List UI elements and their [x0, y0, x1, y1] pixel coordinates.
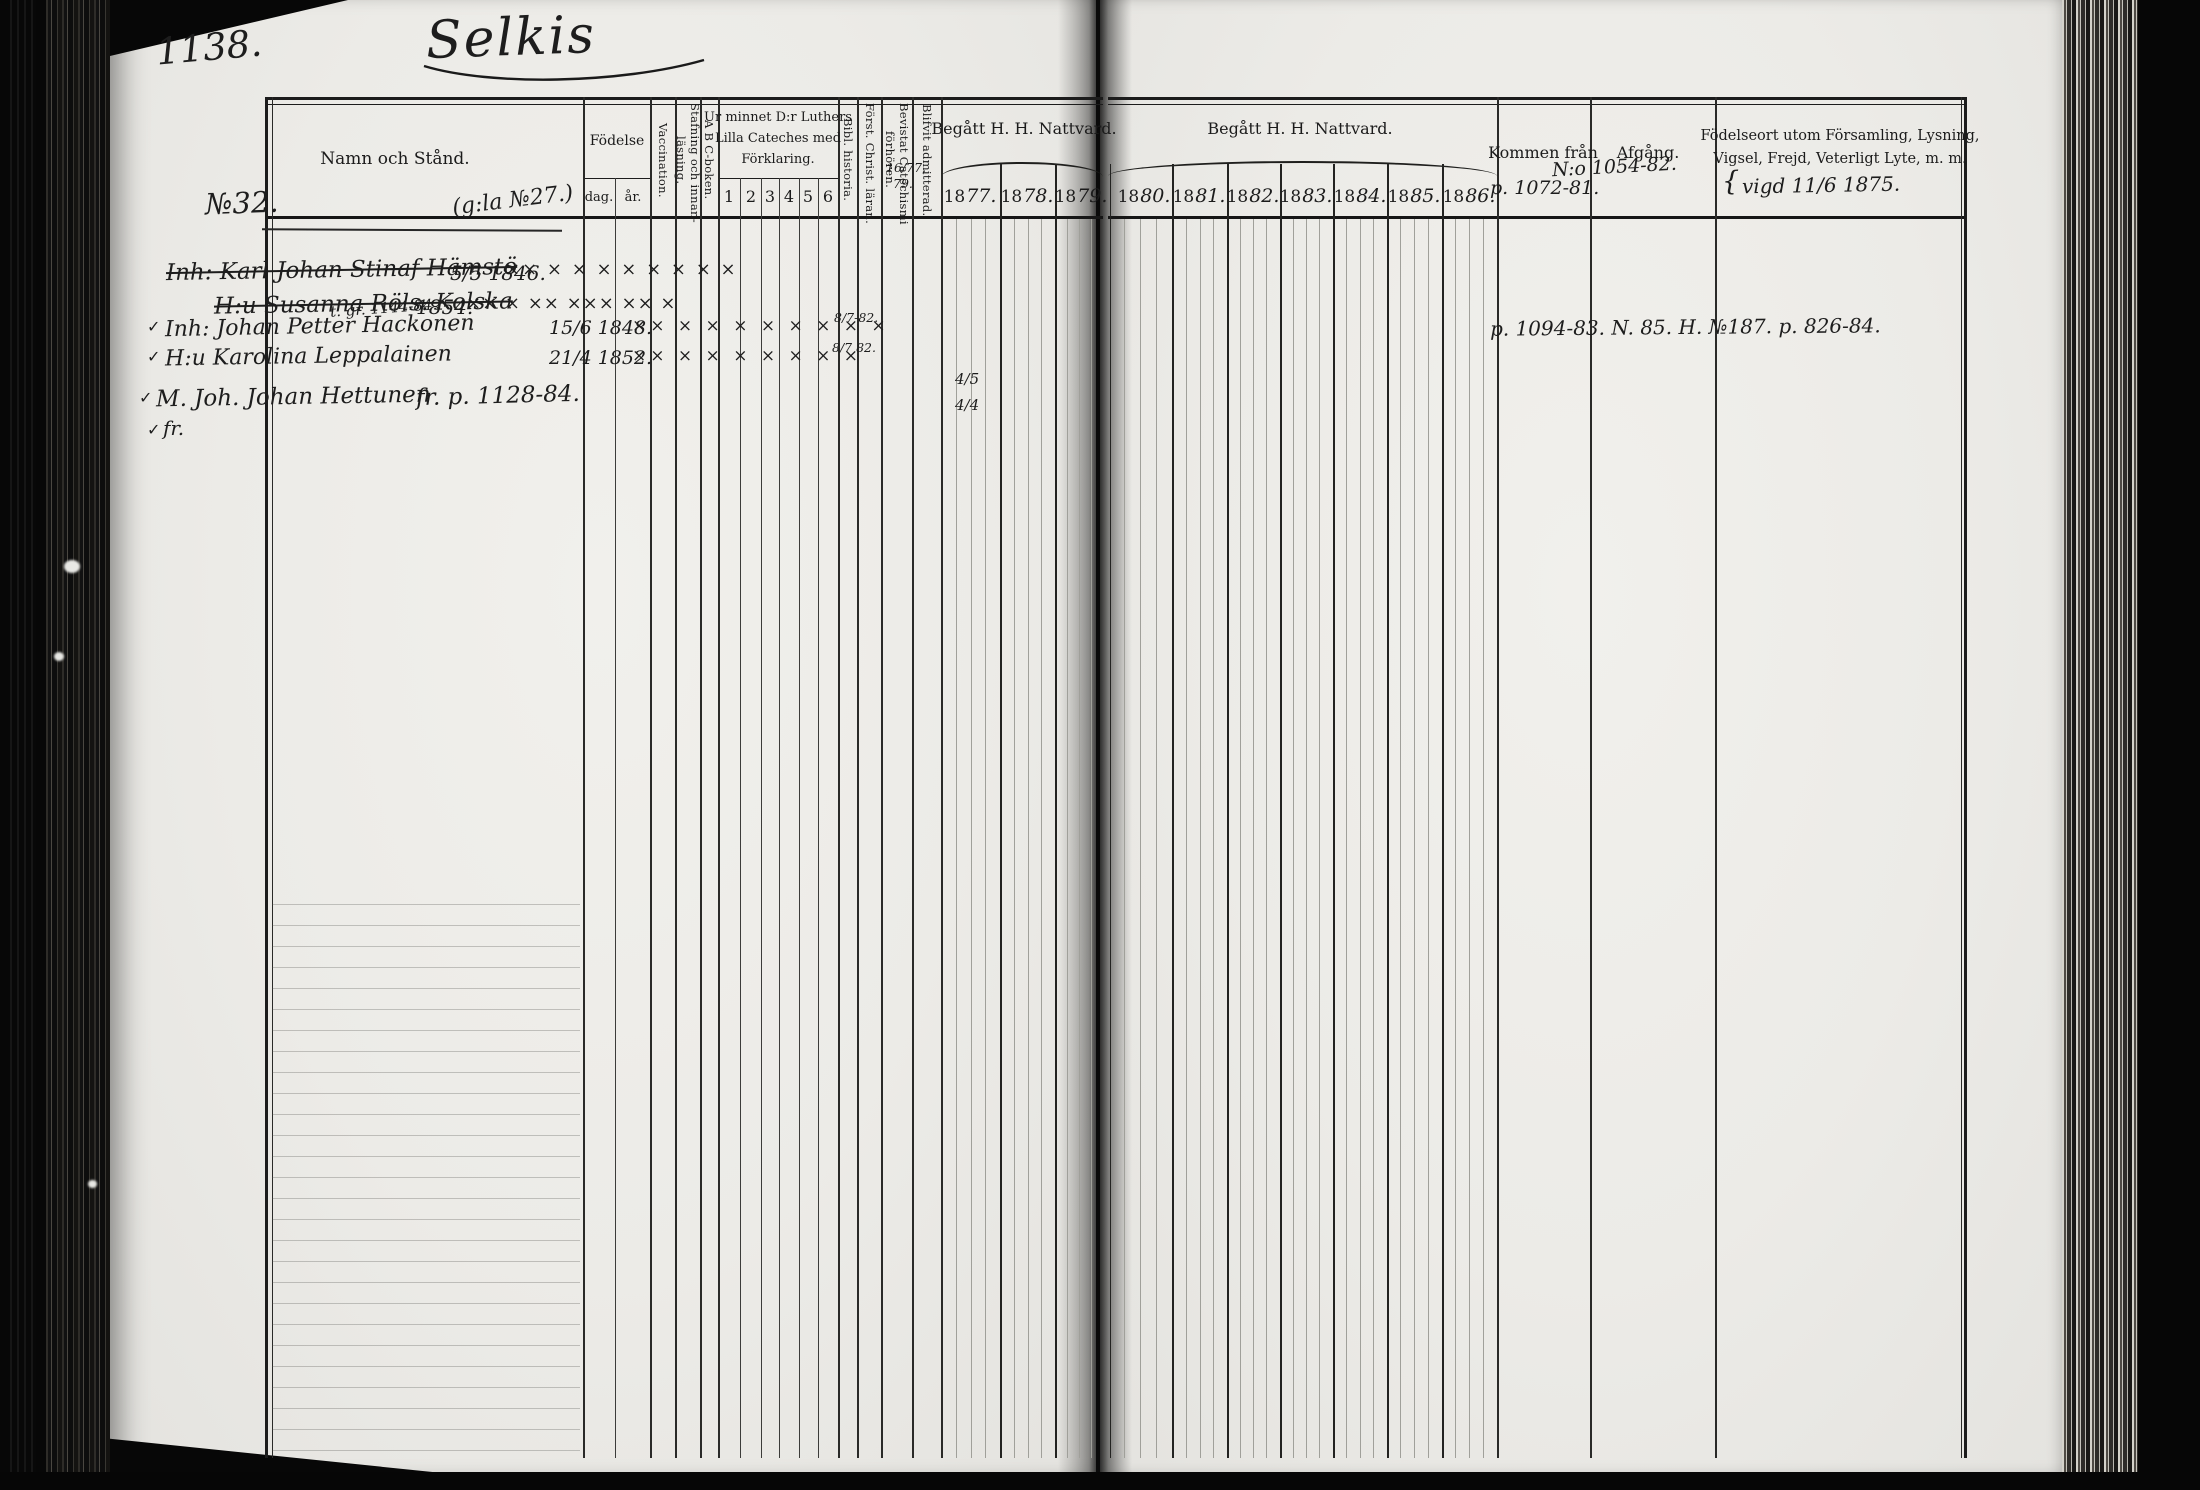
- year-label-1883: 1883.: [1280, 185, 1333, 207]
- year-label-1882: 1882.: [1227, 185, 1280, 207]
- year-subline: [1253, 219, 1254, 1458]
- year-printed: 18: [1173, 187, 1195, 207]
- notes-header-line-1: Födelseort utom Församling, Lysning,: [1701, 128, 1980, 144]
- grade-divider: [740, 178, 741, 1458]
- year-subline: [1240, 219, 1241, 1458]
- entry-reading-marks: ×× × × × × × × ×: [632, 346, 862, 366]
- year-subline: [1091, 219, 1092, 1458]
- year-subline: [1266, 219, 1267, 1458]
- column-divider: [881, 97, 883, 1458]
- birth-subheader-line: [583, 178, 650, 179]
- year-column-divider: [1055, 164, 1057, 1458]
- catechism-header-line-2: Lilla Cateches med: [715, 131, 841, 146]
- notes-header-line-2: Vigsel, Frejd, Veterligt Lyte, m. m.: [1713, 151, 1966, 167]
- column-divider: [857, 97, 859, 1458]
- entry-checkmark: ✓: [147, 317, 160, 336]
- column-divider: [941, 97, 943, 1458]
- year-printed: 18: [944, 187, 966, 207]
- film-speck: [88, 1180, 97, 1188]
- entry-checkmark: ✓: [139, 388, 152, 407]
- grade-4: 4: [784, 187, 794, 206]
- film-edge-right: [2138, 0, 2200, 1490]
- grade-1: 1: [724, 187, 734, 206]
- record-number-handwritten: №32.: [204, 185, 279, 222]
- spelling-line-1: Stafning och innan-: [688, 103, 702, 217]
- left-page: [110, 0, 1096, 1474]
- day-year-divider: [615, 178, 616, 1458]
- column-header-bible-history: Bibl. historia.: [841, 103, 855, 217]
- catechism-header-line-3: Förklaring.: [741, 152, 814, 167]
- column-header-spelling: Stafning och innan- läsning.: [674, 103, 702, 217]
- entry-meeting-note: 8/7-82.: [834, 310, 878, 325]
- column-divider: [718, 97, 720, 1458]
- year-script: 82.: [1249, 185, 1279, 207]
- page-number-handwritten: 1138.: [154, 21, 263, 73]
- film-speck: [54, 652, 64, 661]
- year-subline: [1041, 219, 1042, 1458]
- year-subline: [1293, 219, 1294, 1458]
- grade-6: 6: [823, 187, 833, 206]
- year-printed: 18: [1118, 187, 1140, 207]
- entry-checkmark: ✓: [147, 420, 160, 439]
- year-subline: [1124, 219, 1125, 1458]
- year-subline: [1428, 219, 1429, 1458]
- year-column-divider: [1387, 164, 1389, 1458]
- film-scratches: [10, 0, 36, 1490]
- column-header-name: Namn och Stånd.: [320, 149, 469, 169]
- subheader-year: år.: [625, 190, 642, 205]
- year-subline: [1360, 219, 1361, 1458]
- communion-tally: 4/4: [955, 396, 979, 414]
- grade-5: 5: [803, 187, 813, 206]
- film-edge-bottom: [0, 1472, 2200, 1490]
- entry-reference-note: p. 1094-83. N. 85. H. №187. p. 826-84.: [1490, 313, 1881, 340]
- year-script: 79.: [1077, 185, 1107, 207]
- year-subline: [1483, 219, 1484, 1458]
- header-bottom-border: [1108, 216, 1966, 219]
- year-script: 77.: [966, 185, 996, 207]
- table-right-border: [1964, 97, 1967, 1458]
- column-header-communion-right: Begått H. H. Nattvard.: [1207, 119, 1392, 138]
- table-top-border-inner: [1108, 104, 1966, 105]
- year-subline: [1319, 219, 1320, 1458]
- year-subline: [1414, 219, 1415, 1458]
- year-label-1881: 1881.: [1173, 185, 1226, 207]
- entry-meeting-note: 8/7 82.: [832, 340, 876, 355]
- entry-marriage-note: vigd 11/6 1875.: [1742, 172, 1901, 199]
- book-gutter-shadow: [1058, 0, 1132, 1474]
- year-subline: [1400, 219, 1401, 1458]
- year-printed: 18: [1001, 187, 1023, 207]
- year-column-divider: [1172, 164, 1174, 1458]
- grade-3: 3: [765, 187, 775, 206]
- year-column-divider: [1280, 164, 1282, 1458]
- column-header-christ-doctrine: Först. Christ. läran.: [863, 103, 877, 217]
- entry-come-from-note: p. 1072-81.: [1490, 177, 1599, 199]
- year-subline: [1067, 219, 1068, 1458]
- year-subline: [1213, 219, 1214, 1458]
- year-subline: [1373, 219, 1374, 1458]
- year-subline: [985, 219, 986, 1458]
- right-page: [1100, 0, 2062, 1474]
- column-divider: [838, 97, 840, 1458]
- year-printed: 18: [1227, 187, 1249, 207]
- year-subline: [1028, 219, 1029, 1458]
- column-divider: [1590, 97, 1592, 1458]
- year-subline: [1140, 219, 1141, 1458]
- year-subline: [1079, 219, 1080, 1458]
- year-column-divider: [1442, 164, 1444, 1458]
- column-header-birth: Födelse: [590, 133, 645, 149]
- column-divider: [1497, 97, 1499, 1458]
- year-label-1886: 1886.: [1443, 185, 1496, 207]
- subheader-day: dag.: [585, 190, 614, 205]
- year-subline: [1014, 219, 1015, 1458]
- column-header-communion-left: Begått H. H. Nattvard.: [931, 119, 1116, 138]
- year-subline: [1156, 219, 1157, 1458]
- entry-name: H:u Karolina Leppalainen: [165, 341, 452, 371]
- year-printed: 18: [1443, 187, 1465, 207]
- title-underline-flourish: [420, 56, 710, 86]
- grade-divider: [761, 178, 762, 1458]
- year-script: 85.: [1410, 185, 1440, 207]
- grade-divider: [779, 178, 780, 1458]
- year-label-1877: 1877.: [944, 185, 997, 207]
- entry-name: M. Joh. Johan Hettunen: [156, 382, 431, 413]
- year-printed: 18: [1055, 187, 1077, 207]
- year-script: 84.: [1356, 185, 1386, 207]
- year-label-1879: 1879.: [1055, 185, 1108, 207]
- year-column-divider: [1227, 164, 1229, 1458]
- year-label-1884: 1884.: [1334, 185, 1387, 207]
- page-stack-edge: [2062, 0, 2138, 1490]
- year-script: 83.: [1302, 185, 1332, 207]
- entry-reading-marks: ×× × × × × × × × ×: [505, 259, 738, 280]
- entry-reading-marks: ×× × ×× ××× ×× ×: [466, 293, 677, 314]
- year-script: 78.: [1023, 185, 1053, 207]
- catechism-subheader-line: [718, 178, 838, 179]
- year-subline: [1346, 219, 1347, 1458]
- entry-meeting-note: 79.: [893, 176, 913, 191]
- film-speck: [64, 560, 80, 573]
- year-printed: 18: [1280, 187, 1302, 207]
- column-divider: [1715, 97, 1717, 1458]
- name-column-ruling: [272, 884, 580, 1458]
- communion-tally: 4/5: [955, 370, 979, 388]
- year-subline: [1469, 219, 1470, 1458]
- year-script: 80.: [1140, 185, 1170, 207]
- year-subline: [1186, 219, 1187, 1458]
- entry-note-brace: {: [1722, 166, 1739, 197]
- year-label-1880: 1880.: [1118, 185, 1171, 207]
- year-column-divider: [1000, 164, 1002, 1458]
- column-divider: [912, 97, 914, 1458]
- year-printed: 18: [1388, 187, 1410, 207]
- year-label-1885: 1885.: [1388, 185, 1441, 207]
- year-subline: [1200, 219, 1201, 1458]
- catechism-header-line-1: Ur minnet D:r Luthers: [704, 110, 852, 125]
- table-right-border-inner: [1961, 97, 1962, 1458]
- year-subline: [1455, 219, 1456, 1458]
- grade-2: 2: [746, 187, 756, 206]
- entry-meeting-note: 16/77,: [886, 160, 926, 175]
- entry-checkmark: ✓: [147, 347, 160, 366]
- table-top-border: [265, 97, 1103, 100]
- year-label-1878: 1878.: [1001, 185, 1054, 207]
- year-column-divider: [1110, 164, 1111, 1458]
- book-spine-texture: [46, 0, 112, 1490]
- year-script: 81.: [1195, 185, 1225, 207]
- year-subline: [1306, 219, 1307, 1458]
- grade-divider: [818, 178, 819, 1458]
- year-printed: 18: [1334, 187, 1356, 207]
- entry-abbreviation: fr.: [163, 416, 184, 440]
- grade-divider: [799, 178, 800, 1458]
- spelling-line-2: läsning.: [674, 103, 688, 217]
- entry-reference-note: fr. p. 1128-84.: [416, 381, 580, 411]
- year-column-divider: [1333, 164, 1335, 1458]
- column-divider: [700, 97, 702, 1458]
- column-header-vaccination: Vaccination.: [656, 103, 670, 217]
- scanned-parish-register: 1138. Selkis Namn och Stånd. Födelse dag…: [0, 0, 2200, 1490]
- film-edge-left: [0, 0, 112, 1490]
- table-top-border: [1108, 97, 1966, 100]
